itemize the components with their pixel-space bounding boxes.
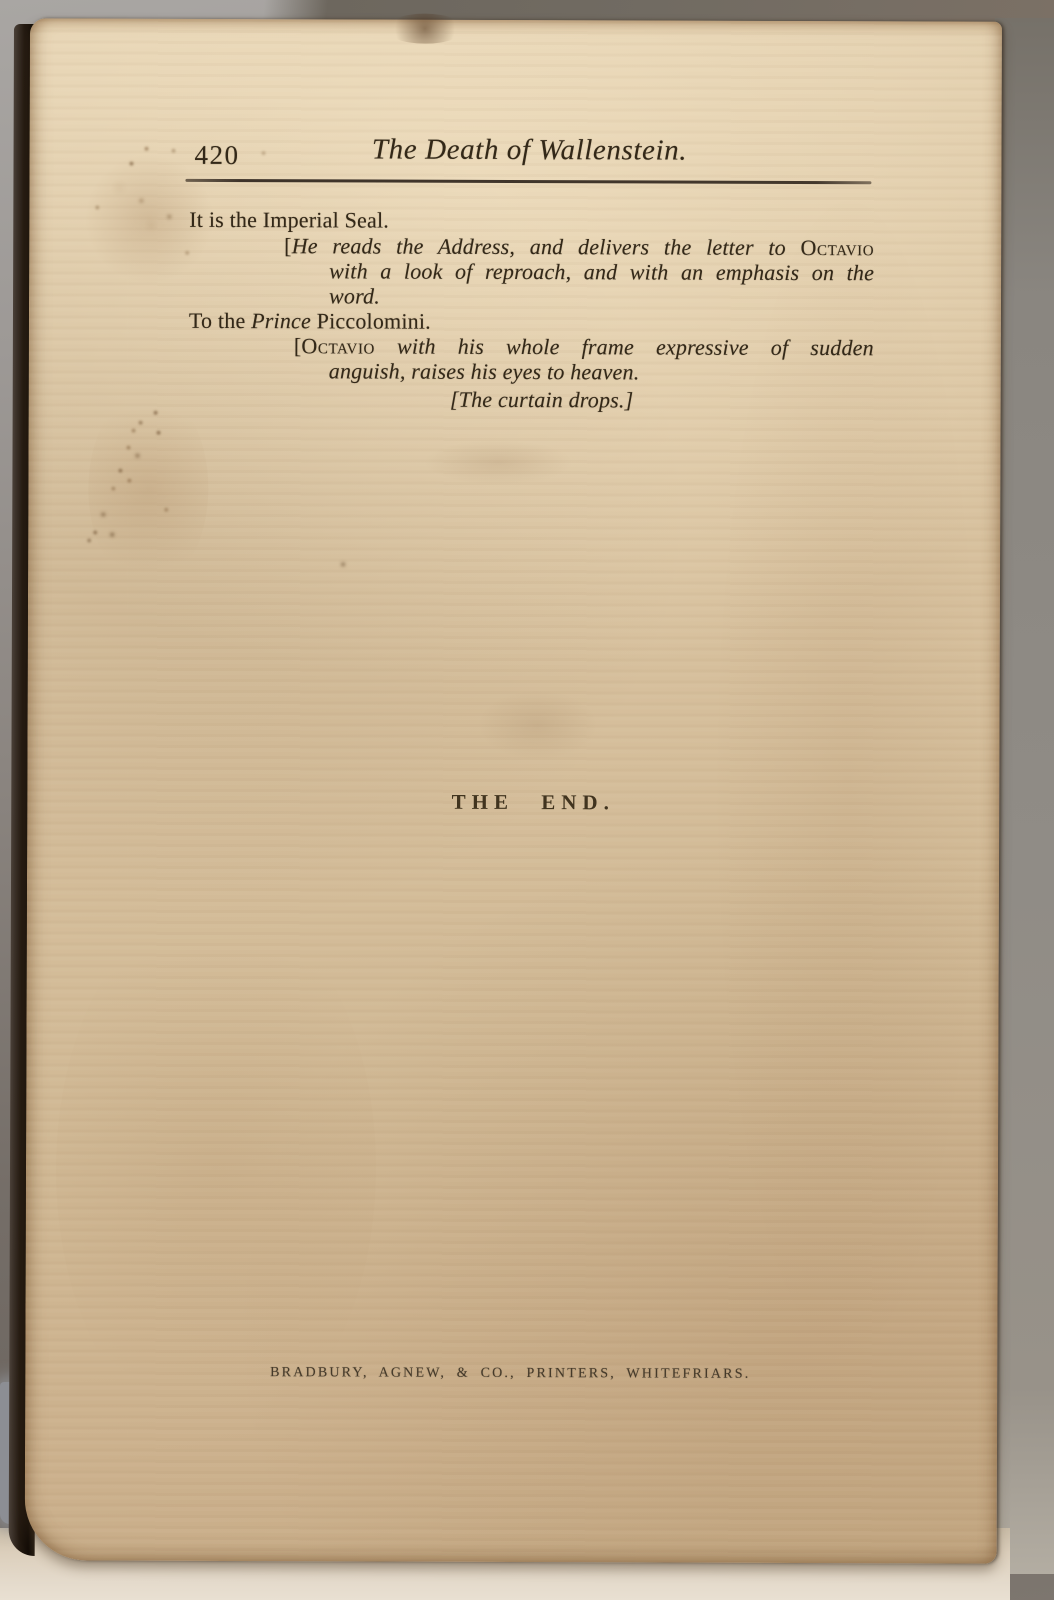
character-name: Octavio — [301, 333, 375, 358]
book-photo: 420 The Death of Wallenstein. It is the … — [0, 0, 1054, 1600]
bracket: [ — [294, 333, 302, 358]
dialogue-text: Piccolomini. — [311, 308, 431, 333]
stage-direction-line: anguish, raises his eyes to heaven. — [329, 358, 640, 384]
show-through-ghost — [477, 690, 597, 760]
stage-direction-line: [Octavio with his whole frame expressive… — [294, 333, 874, 360]
photo-background-right-strip — [995, 18, 1054, 1574]
bracket: [ — [284, 233, 292, 258]
stain — [715, 201, 979, 1352]
direction-text: He reads the Address, and delivers the l… — [292, 233, 801, 260]
printer-imprint: BRADBURY, AGNEW, & CO., PRINTERS, WHITEF… — [210, 1365, 810, 1383]
stage-direction-line: with a look of reproach, and with an emp… — [329, 258, 874, 285]
stain — [55, 898, 377, 1439]
stage-direction-line: word. — [329, 283, 380, 308]
book-page: 420 The Death of Wallenstein. It is the … — [25, 18, 1002, 1563]
dialogue-line: It is the Imperial Seal. — [189, 207, 389, 233]
dialogue-text: To the — [189, 308, 251, 333]
direction-text: with his whole frame expressive of sudde… — [375, 334, 874, 361]
curtain-direction-line: [The curtain drops.] — [392, 387, 692, 413]
running-title: The Death of Wallenstein. — [179, 133, 879, 168]
dialogue-italic-word: Prince — [251, 308, 311, 333]
dialogue-line: To the Prince Piccolomini. — [189, 308, 431, 334]
header-rule — [185, 179, 871, 184]
character-name: Octavio — [801, 235, 875, 260]
stage-direction-line: [He reads the Address, and delivers the … — [284, 233, 874, 260]
the-end-text: THE END. — [233, 789, 833, 816]
stain — [88, 389, 209, 589]
show-through-ghost — [423, 440, 573, 486]
